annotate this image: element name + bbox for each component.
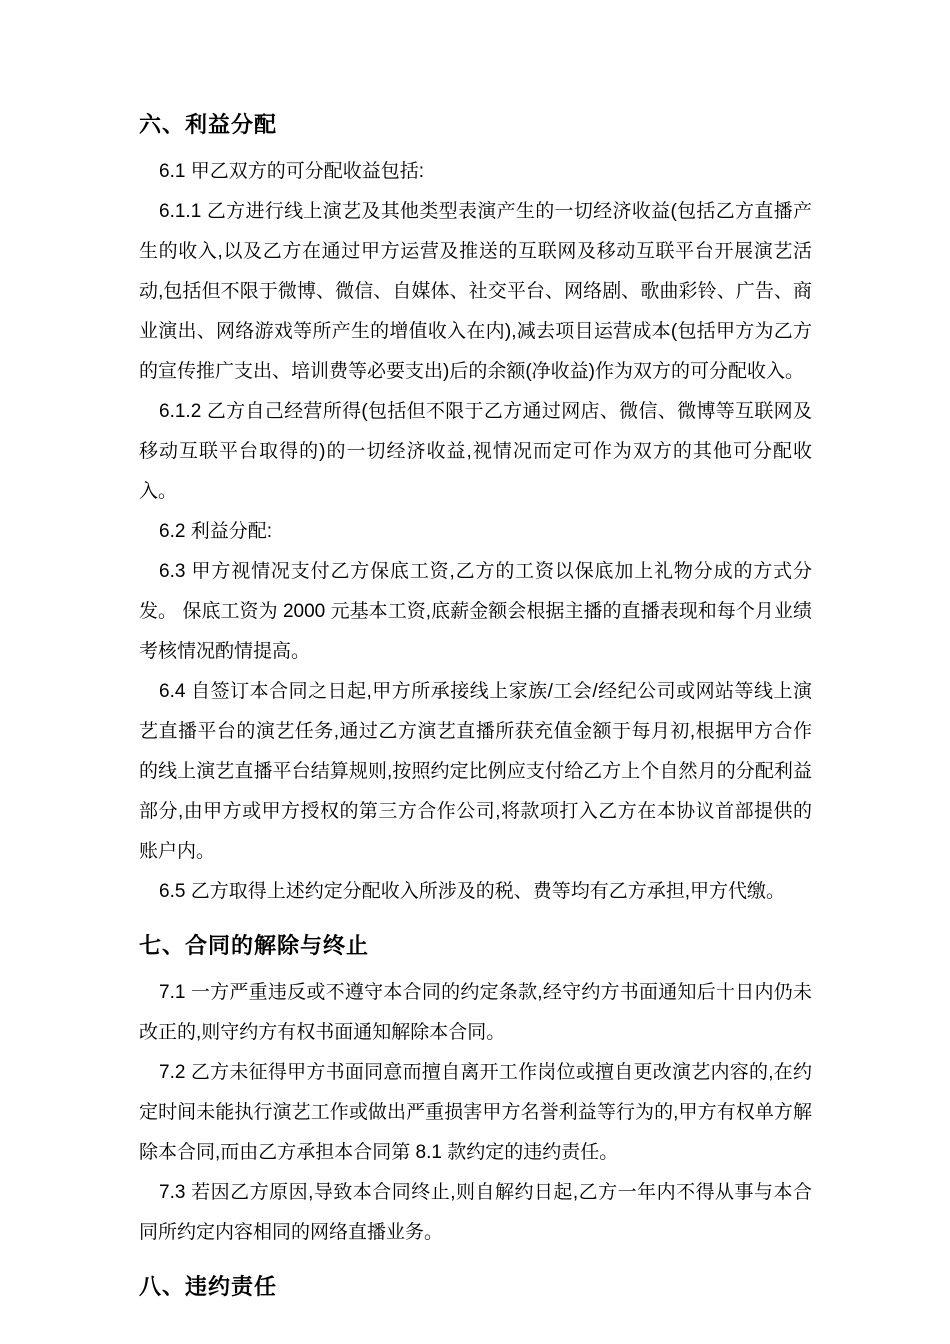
paragraph-6-2: 6.2 利益分配: — [139, 512, 812, 552]
paragraph-7-1: 7.1 一方严重违反或不遵守本合同的约定条款,经守约方书面通知后十日内仍未改正的… — [139, 973, 812, 1053]
paragraph-6-1-2: 6.1.2 乙方自己经营所得(包括但不限于乙方通过网店、微信、微博等互联网及移动… — [139, 392, 812, 512]
heading-section-7-termination: 七、合同的解除与终止 — [139, 925, 812, 967]
document-page: 六、利益分配 6.1 甲乙双方的可分配收益包括: 6.1.1 乙方进行线上演艺及… — [0, 0, 950, 1344]
paragraph-6-5: 6.5 乙方取得上述约定分配收入所涉及的税、费等均有乙方承担,甲方代缴。 — [139, 872, 812, 912]
paragraph-7-2: 7.2 乙方未征得甲方书面同意而擅自离开工作岗位或擅自更改演艺内容的,在约定时间… — [139, 1053, 812, 1173]
paragraph-6-3: 6.3 甲方视情况支付乙方保底工资,乙方的工资以保底加上礼物分成的方式分发。 保… — [139, 552, 812, 672]
heading-section-8-breach-liability: 八、违约责任 — [139, 1266, 812, 1308]
paragraph-6-4: 6.4 自签订本合同之日起,甲方所承接线上家族/工会/经纪公司或网站等线上演艺直… — [139, 672, 812, 872]
paragraph-6-1: 6.1 甲乙双方的可分配收益包括: — [139, 152, 812, 192]
heading-section-6-profit-distribution: 六、利益分配 — [139, 104, 812, 146]
paragraph-6-1-1: 6.1.1 乙方进行线上演艺及其他类型表演产生的一切经济收益(包括乙方直播产生的… — [139, 192, 812, 392]
paragraph-7-3: 7.3 若因乙方原因,导致本合同终止,则自解约日起,乙方一年内不得从事与本合同所… — [139, 1173, 812, 1253]
